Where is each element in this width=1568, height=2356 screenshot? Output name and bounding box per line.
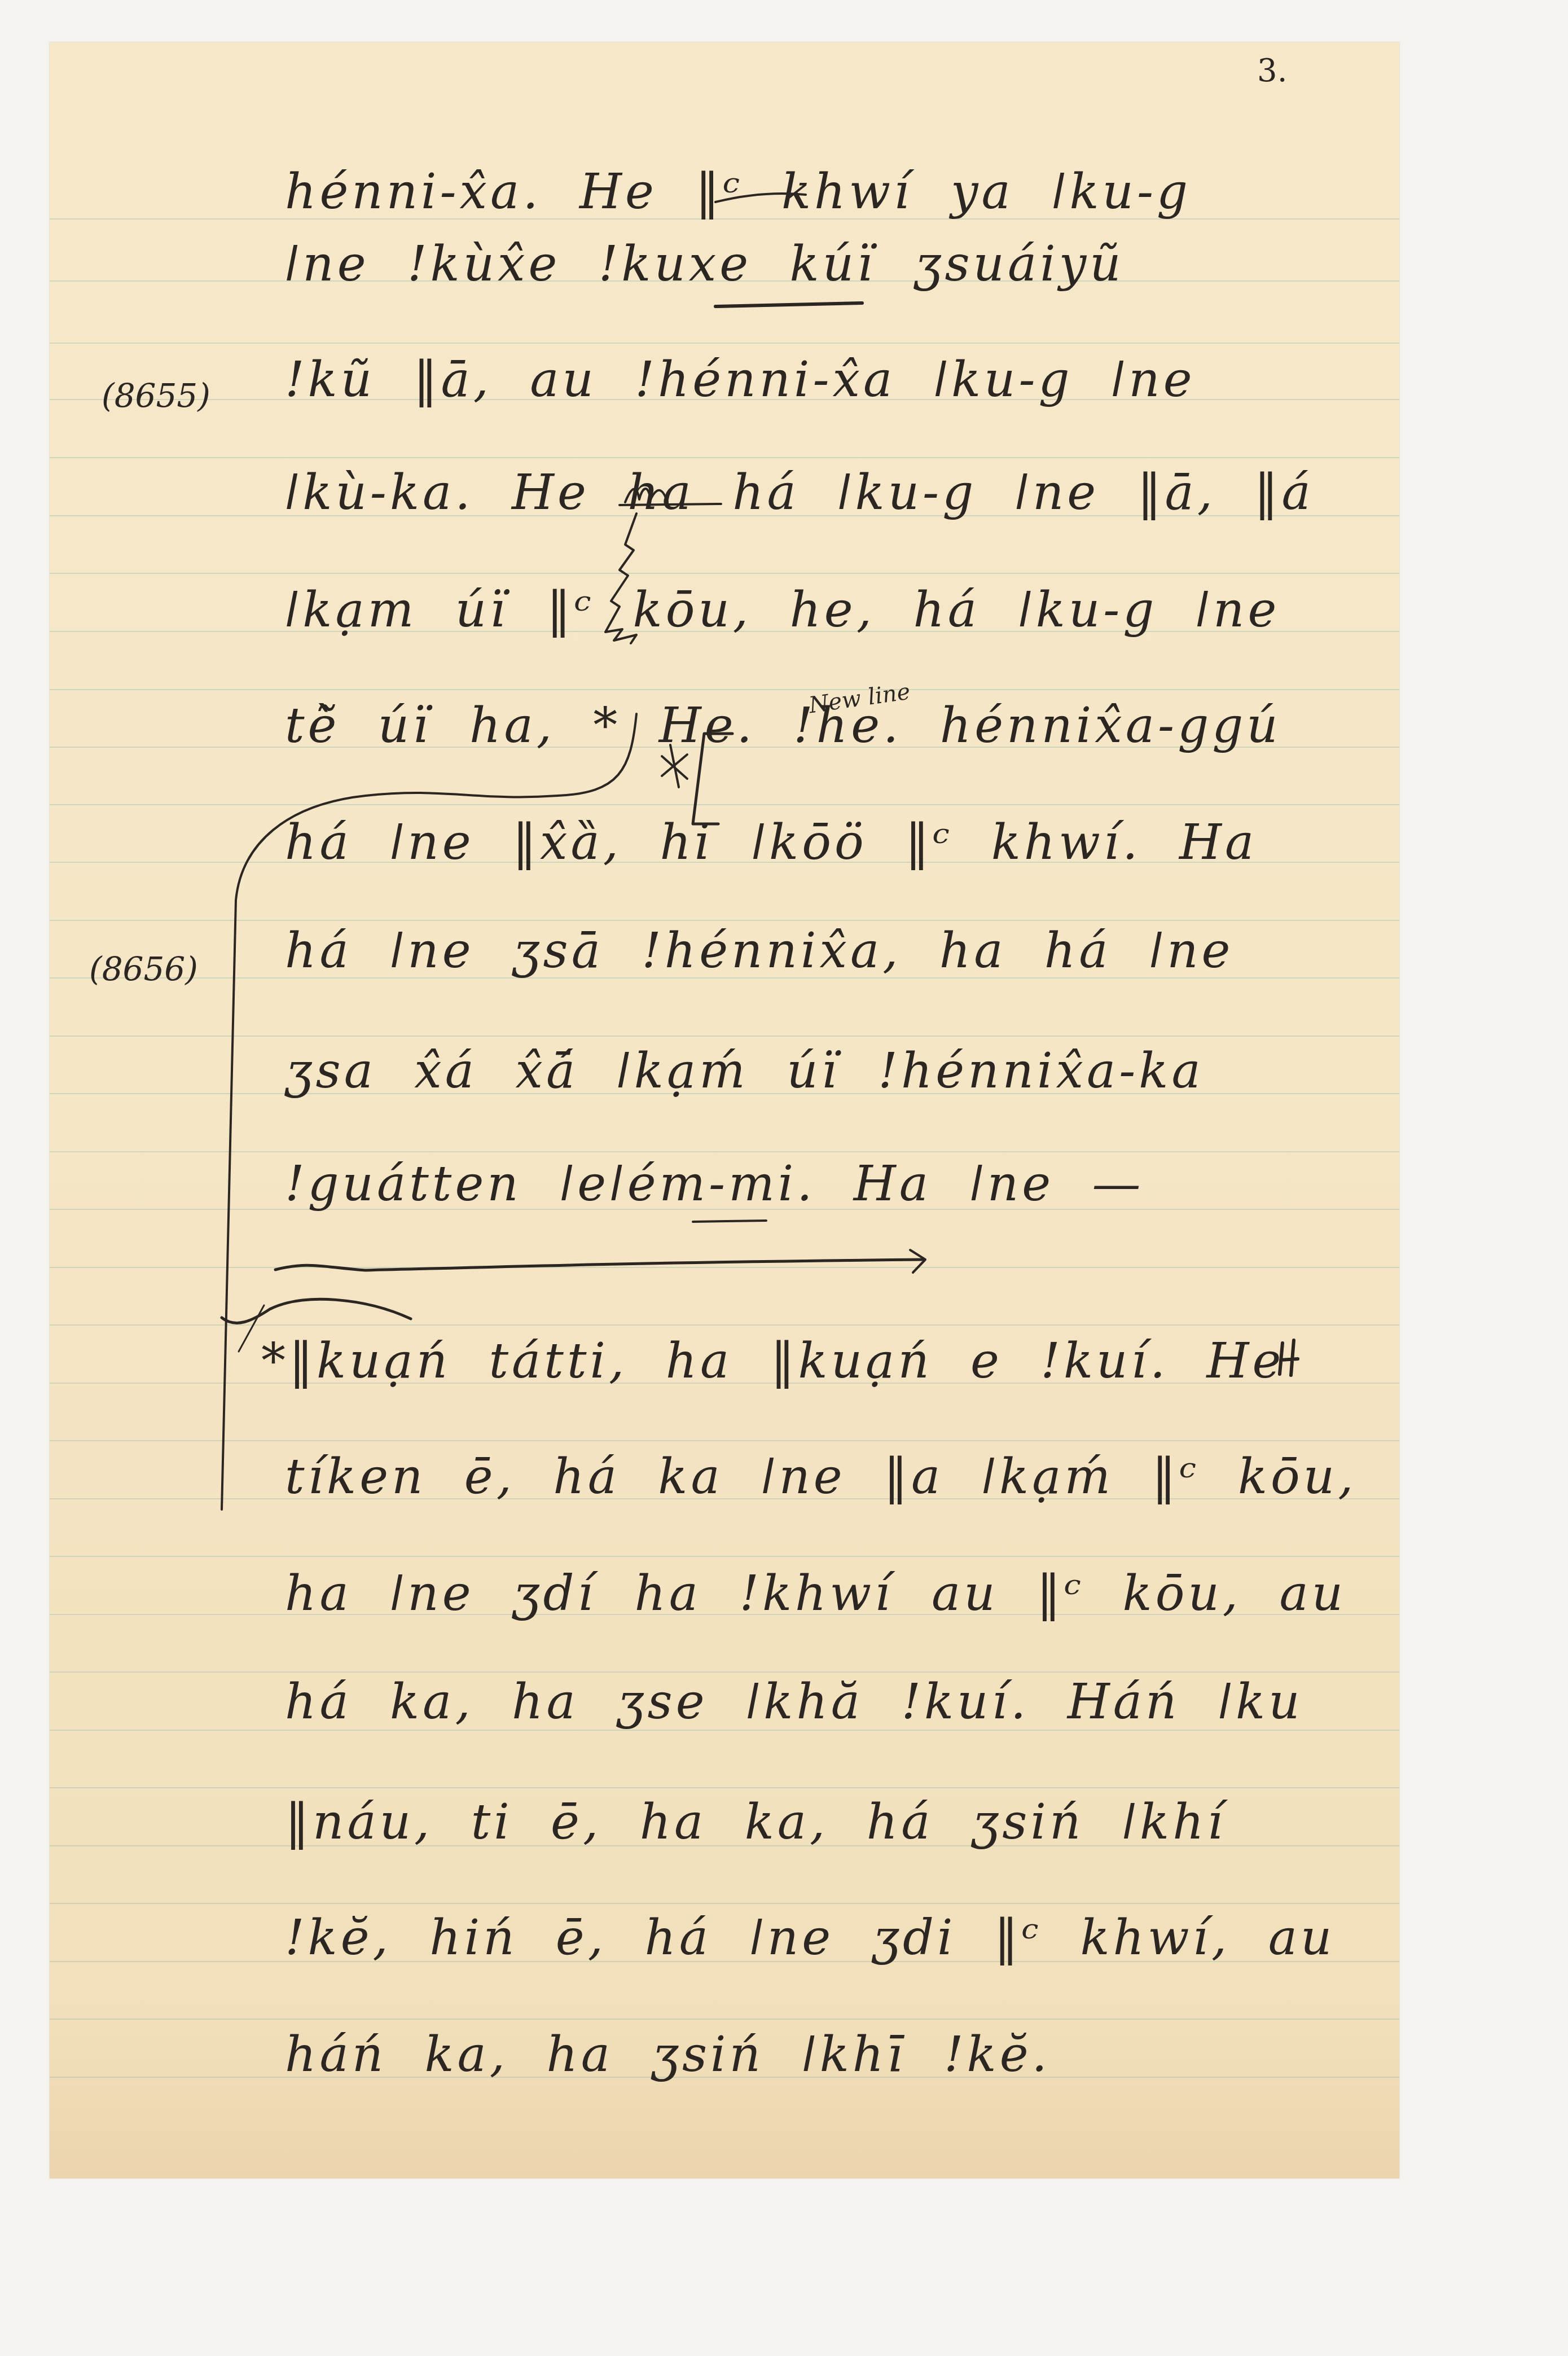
manuscript-line: há ka, ha ʒse ǀkhă !kuí. Háń ǀku [285,1678,1303,1726]
margin-label-8655: (8655) [102,376,210,415]
ruled-line [50,457,1399,458]
ruled-line [50,1151,1399,1152]
ruled-line [50,1903,1399,1904]
ruled-line [50,689,1399,690]
manuscript-line: ha ǀne ʒdí ha !khwí au ‖ᶜ kōu, au [285,1569,1346,1618]
ruled-line [50,1787,1399,1788]
insertion-star-stroke [239,1305,264,1352]
lower-bracket-hook [222,1299,411,1323]
manuscript-line: ǀkù-ka. He ha há ǀku-g ǀne ‖ā, ‖á [285,468,1314,517]
manuscript-line: há ǀne ‖x̂ȁ, hi ǀkōö ‖ᶜ khwí. Ha [285,818,1257,867]
manuscript-line: háń ka, ha ʒsiń ǀkhī !kĕ. [285,2030,1051,2079]
ruled-line [50,2019,1399,2020]
margin-label-8656: (8656) [89,950,198,988]
manuscript-line: ǀkạm úï ‖ᶜ kōu, he, há ǀku-g ǀne [285,586,1280,634]
manuscript-line: há ǀne ʒsā !hénnix̂a, ha há ǀne [285,927,1233,975]
manuscript-page: 3. (8655) (8656) New line hénni-x̂a. He … [50,42,1399,2178]
ruled-line [50,1036,1399,1037]
manuscript-line: hénni-x̂a. He ‖ᶜ khwí ya ǀku-g [285,168,1191,216]
ruled-line [50,804,1399,805]
ruled-line [50,1324,1399,1326]
ruled-line [50,1556,1399,1557]
manuscript-line: !kũ ‖ā, au !hénni-x̂a ǀku-g ǀne [285,356,1196,404]
strikethrough [693,1221,766,1222]
ruled-line [50,1671,1399,1673]
ruled-line [50,1440,1399,1441]
manuscript-line: *‖kuạń tátti, ha ‖kuạń e !kuí. He [261,1337,1284,1385]
ruled-line [50,1267,1399,1268]
strikethrough [715,303,862,306]
page-number: 3. [1257,52,1287,89]
manuscript-line: ǀne !kùx̂e !kuxe kúï ʒsuáiyũ [285,240,1125,288]
manuscript-line: tè̃ úï ha, * He. !he. hénnix̂a-ggú [285,701,1281,750]
arrow-line [275,1260,924,1270]
manuscript-line: !guátten ǀeǀém-mi. Ha ǀne — [285,1160,1144,1208]
manuscript-line: ʒsa x̂á x̂ā́ ǀkạḿ úï !hénnix̂a-ka [285,1047,1204,1095]
ruled-line [50,573,1399,574]
ruled-line [50,343,1399,344]
manuscript-line: !kĕ, hiń ē, há ǀne ʒdi ‖ᶜ khwí, au [285,1914,1335,1962]
manuscript-line: tíken ē, há ka ǀne ‖a ǀkạḿ ‖ᶜ kōu, [285,1453,1357,1501]
ruled-line [50,920,1399,921]
arrow-head [910,1250,925,1273]
manuscript-line: ‖náu, ti ē, ha ka, há ʒsiń ǀkhí [285,1798,1226,1846]
